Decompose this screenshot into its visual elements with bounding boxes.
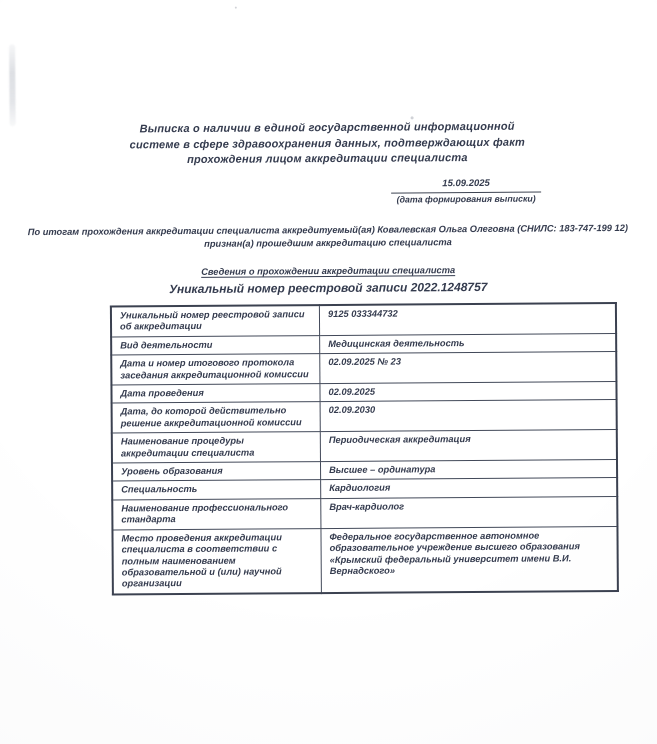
row-value: 02.09.2025: [320, 382, 617, 402]
row-value: Периодическая аккредитация: [320, 430, 617, 462]
row-value: Высшее – ординатура: [320, 460, 617, 480]
scan-content: Выписка о наличии в единой государственн…: [0, 0, 657, 744]
document-page: Выписка о наличии в единой государственн…: [0, 0, 657, 744]
table-row: Уникальный номер реестровой записи об ак…: [111, 303, 616, 337]
table-row: Наименование процедуры аккредитации спец…: [112, 430, 617, 463]
row-label: Вид деятельности: [111, 335, 320, 355]
row-label: Уровень образования: [112, 462, 321, 482]
formation-date-block: 15.09.2025 (дата формирования выписки): [391, 178, 541, 206]
row-label: Наименование профессионального стандарта: [112, 498, 321, 529]
table-row: Дата, до которой действительно решение а…: [112, 400, 617, 433]
row-label: Дата и номер итогового протокола заседан…: [111, 354, 320, 385]
accreditation-table-body: Уникальный номер реестровой записи об ак…: [111, 303, 618, 594]
row-value: 9125 033344732: [319, 303, 616, 335]
table-row: Наименование профессионального стандарта…: [112, 496, 617, 529]
table-row: Место проведения аккредитации специалист…: [112, 526, 617, 594]
row-value: 02.09.2030: [320, 400, 617, 432]
section-heading: Сведения о прохождении аккредитации спец…: [0, 264, 657, 279]
row-label: Уникальный номер реестровой записи об ак…: [111, 305, 320, 337]
formation-date: 15.09.2025: [391, 178, 541, 191]
page-title-line: прохождения лицом аккредитации специалис…: [0, 150, 656, 170]
intro-paragraph: По итогам прохождения аккредитации специ…: [27, 222, 628, 252]
row-value: Медицинская деятельность: [320, 333, 617, 353]
row-value: 02.09.2025 № 23: [320, 352, 617, 384]
scan-smudge: [9, 44, 16, 126]
row-value: Федеральное государственное автономное о…: [321, 526, 618, 593]
registry-number-line: Уникальный номер реестровой записи 2022.…: [0, 279, 657, 298]
row-label: Наименование процедуры аккредитации спец…: [112, 432, 321, 463]
accreditation-table: Уникальный номер реестровой записи об ак…: [110, 302, 619, 595]
scan-speck: [235, 7, 237, 9]
formation-date-caption: (дата формирования выписки): [391, 194, 541, 206]
page-title: Выписка о наличии в единой государственн…: [0, 119, 656, 170]
row-label: Дата проведения: [111, 384, 320, 404]
row-label: Специальность: [112, 480, 321, 500]
row-value: Врач-кардиолог: [321, 496, 618, 528]
row-label: Место проведения аккредитации специалист…: [112, 528, 321, 594]
table-row: Дата и номер итогового протокола заседан…: [111, 352, 616, 385]
row-value: Кардиология: [321, 478, 618, 498]
scan-speck: [411, 116, 414, 119]
row-label: Дата, до которой действительно решение а…: [112, 402, 321, 433]
